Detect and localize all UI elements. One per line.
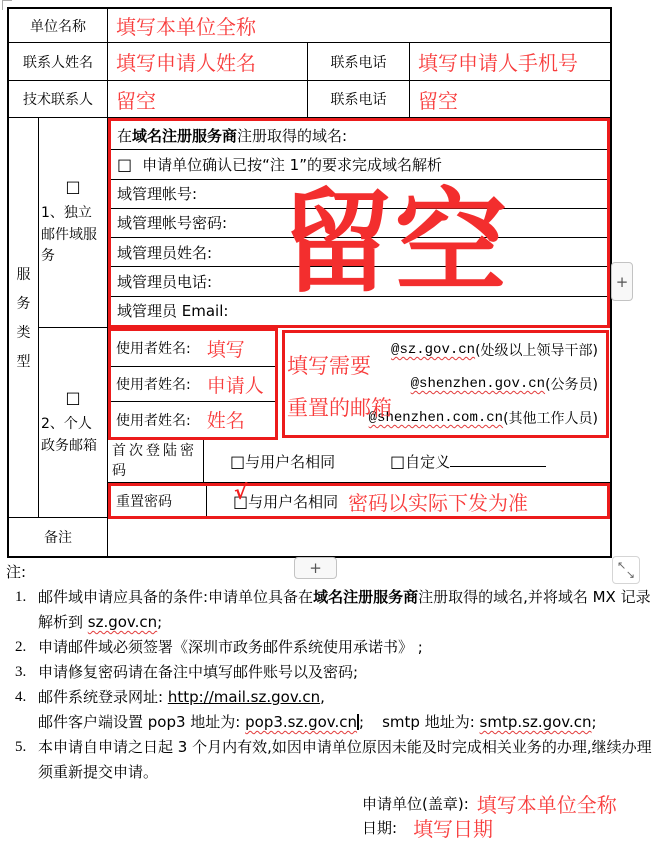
service-type-char: 务 bbox=[17, 293, 31, 313]
user-name-label: 使用者姓名: bbox=[116, 338, 191, 358]
first-pwd-same-label: 与用户名相同 bbox=[245, 453, 335, 471]
note1-pre: 邮件域申请应具备的条件:申请单位具备在 bbox=[38, 588, 313, 606]
note1-post: ; bbox=[157, 613, 162, 631]
option-domain-service-cell: □ 1、独立邮件域服务 bbox=[39, 118, 108, 328]
red-checkmark-icon: √ bbox=[234, 480, 247, 504]
tech-contact-value: 留空 bbox=[108, 81, 308, 118]
contact-phone-label: 联系电话 bbox=[308, 43, 410, 81]
reset-same-label: 与用户名相同 bbox=[248, 493, 338, 511]
first-pwd-same-option: □与用户名相同 bbox=[230, 451, 335, 472]
application-form-table: 单位名称 填写本单位全称 联系人姓名 填写申请人姓名 联系电话 填写申请人手机号… bbox=[7, 7, 612, 558]
fill-mailbox-annotation-line2: 重置的邮箱 bbox=[287, 392, 392, 422]
option1-checkbox[interactable]: □ bbox=[65, 177, 80, 196]
form-page: 单位名称 填写本单位全称 联系人姓名 填写申请人姓名 联系电话 填写申请人手机号… bbox=[0, 0, 656, 855]
user-name-row: 使用者姓名: 申请人 bbox=[111, 367, 275, 403]
date-row: 日期: 填写日期 bbox=[362, 815, 617, 839]
tech-phone-label: 联系电话 bbox=[308, 81, 410, 118]
pop3-address: pop3.sz.gov.cn bbox=[245, 713, 357, 731]
first-pwd-same-checkbox[interactable]: □ bbox=[230, 452, 245, 471]
note-item-2: 2. 申请邮件域必须签署《深圳市政务邮件系统使用承诺书》 ; bbox=[6, 635, 652, 660]
domain-row-post: 注册取得的域名: bbox=[237, 125, 347, 146]
confirm-text: 申请单位确认已按“注 1”的要求完成域名解析 bbox=[142, 154, 442, 175]
mail-system-link[interactable]: http://mail.sz.gov.cn bbox=[168, 688, 320, 706]
user-name-label: 使用者姓名: bbox=[116, 410, 191, 430]
tech-contact-label: 技术联系人 bbox=[9, 81, 108, 118]
first-password-options: □与用户名相同 □自定义 bbox=[204, 440, 610, 483]
note-item-5: 5. 本申请自申请之日起 3 个月内有效,如因申请单位原因未能及时完成相关业务的… bbox=[6, 735, 652, 785]
note-number: 5. bbox=[15, 735, 26, 760]
first-pwd-custom-label: 自定义 bbox=[405, 453, 450, 471]
mailbox-address: @shenzhen.gov.cn bbox=[411, 376, 545, 392]
fill-mailbox-annotation-line1: 填写需要 bbox=[287, 350, 371, 380]
insert-column-button[interactable]: + bbox=[611, 262, 633, 301]
user-name-row: 使用者姓名: 填写 bbox=[111, 331, 275, 367]
notes-intro: 注: bbox=[6, 560, 652, 585]
note4-semi1: ; bbox=[359, 713, 364, 731]
note-number: 3. bbox=[15, 660, 26, 685]
notes-section: 注: 1. 邮件域申请应具备的条件:申请单位具备在域名注册服务商注册取得的域名,… bbox=[6, 560, 652, 785]
contact-name-value: 填写申请人姓名 bbox=[108, 43, 308, 81]
unit-name-value: 填写本单位全称 bbox=[108, 9, 610, 43]
applicant-unit-row: 申请单位(盖章): 填写本单位全称 bbox=[362, 791, 617, 815]
reset-same-option: □√与用户名相同 bbox=[233, 491, 338, 512]
custom-password-blank[interactable] bbox=[450, 451, 546, 467]
user-name-value: 填写 bbox=[207, 335, 245, 362]
contact-name-label: 联系人姓名 bbox=[9, 43, 108, 81]
note-item-1: 1. 邮件域申请应具备的条件:申请单位具备在域名注册服务商注册取得的域名,并将域… bbox=[6, 585, 652, 635]
note4-line2-pre: 邮件客户端设置 pop3 地址为: bbox=[38, 713, 245, 731]
note-number: 2. bbox=[15, 635, 26, 660]
reset-password-label: 重置密码 bbox=[111, 486, 207, 516]
note-number: 1. bbox=[15, 585, 26, 610]
date-label: 日期: bbox=[362, 817, 397, 838]
option2-checkbox[interactable]: □ bbox=[65, 388, 80, 407]
note-item-4: 4. 邮件系统登录网址: http://mail.sz.gov.cn, 邮件客户… bbox=[6, 685, 652, 735]
user-name-value: 申请人 bbox=[207, 371, 264, 398]
service-type-header: 服 务 类 型 bbox=[9, 118, 39, 518]
smtp-address: smtp.sz.gov.cn bbox=[480, 713, 592, 731]
reset-password-options: □√与用户名相同 密码以实际下发为准 bbox=[207, 486, 607, 516]
first-password-label: 首次登陆密码 bbox=[108, 440, 204, 483]
tech-phone-value: 留空 bbox=[410, 81, 610, 118]
domain-row-bold: 域名注册服务商 bbox=[132, 125, 237, 146]
note5-text: 本申请自申请之日起 3 个月内有效,如因申请单位原因未能及时完成相关业务的办理,… bbox=[38, 738, 652, 781]
note4-pre: 邮件系统登录网址: bbox=[38, 688, 168, 706]
first-pwd-custom-checkbox[interactable]: □ bbox=[390, 452, 405, 471]
note-item-3: 3. 申请修复密码请在备注中填写邮件账号以及密码; bbox=[6, 660, 652, 685]
leave-blank-overlay: 留空 bbox=[281, 185, 509, 303]
note4-line2: 邮件客户端设置 pop3 地址为: pop3.sz.gov.cn;smtp 地址… bbox=[38, 710, 652, 735]
applicant-unit-value: 填写本单位全称 bbox=[477, 789, 617, 818]
user-name-row: 使用者姓名: 姓名 bbox=[111, 402, 275, 437]
note4-mid: smtp 地址为: bbox=[382, 713, 479, 731]
remark-value bbox=[108, 518, 610, 556]
note3-text: 申请修复密码请在备注中填写邮件账号以及密码; bbox=[38, 663, 358, 681]
date-value: 填写日期 bbox=[413, 813, 493, 842]
note4-comma: , bbox=[320, 688, 325, 706]
domain-name-row: 在域名注册服务商注册取得的域名: bbox=[111, 121, 607, 150]
note2-text: 申请邮件域必须签署《深圳市政务邮件系统使用承诺书》 ; bbox=[38, 638, 423, 656]
service-type-char: 型 bbox=[17, 351, 31, 371]
first-pwd-custom-option: □自定义 bbox=[390, 451, 546, 472]
mailbox-note: (处级以上领导干部) bbox=[475, 340, 598, 360]
unit-name-label: 单位名称 bbox=[9, 9, 108, 43]
option2-label: 2、个人政务邮箱 bbox=[41, 414, 105, 457]
remark-label: 备注 bbox=[9, 518, 108, 556]
applicant-unit-label: 申请单位(盖章): bbox=[362, 793, 469, 814]
user-name-value: 姓名 bbox=[207, 406, 245, 433]
mailbox-note: (其他工作人员) bbox=[503, 408, 598, 428]
mailbox-note: (公务员) bbox=[545, 374, 598, 394]
note4-line1: 邮件系统登录网址: http://mail.sz.gov.cn, bbox=[38, 685, 652, 710]
user-names-section: 使用者姓名: 填写 使用者姓名: 申请人 使用者姓名: 姓名 bbox=[108, 328, 278, 440]
note4-semi2: ; bbox=[592, 713, 597, 731]
user-name-label: 使用者姓名: bbox=[116, 374, 191, 394]
service-type-char: 类 bbox=[17, 322, 31, 342]
signature-block: 申请单位(盖章): 填写本单位全称 日期: 填写日期 bbox=[362, 791, 617, 839]
service-type-char: 服 bbox=[17, 264, 31, 284]
reset-password-annotation: 密码以实际下发为准 bbox=[348, 487, 528, 516]
mailbox-address: @sz.gov.cn bbox=[391, 342, 475, 358]
domain-row-pre: 在 bbox=[117, 125, 132, 146]
reset-password-section: 重置密码 □√与用户名相同 密码以实际下发为准 bbox=[108, 483, 610, 519]
note1-domain: sz.gov.cn bbox=[88, 613, 157, 631]
contact-phone-value: 填写申请人手机号 bbox=[410, 43, 610, 81]
confirm-checkbox[interactable]: □ bbox=[117, 155, 132, 174]
note-number: 4. bbox=[15, 685, 26, 710]
note1-bold: 域名注册服务商 bbox=[313, 588, 418, 606]
confirm-resolution-row: □ 申请单位确认已按“注 1”的要求完成域名解析 bbox=[111, 150, 607, 179]
option-personal-mailbox-cell: □ 2、个人政务邮箱 bbox=[39, 328, 108, 518]
option1-label: 1、独立邮件域服务 bbox=[41, 203, 105, 268]
